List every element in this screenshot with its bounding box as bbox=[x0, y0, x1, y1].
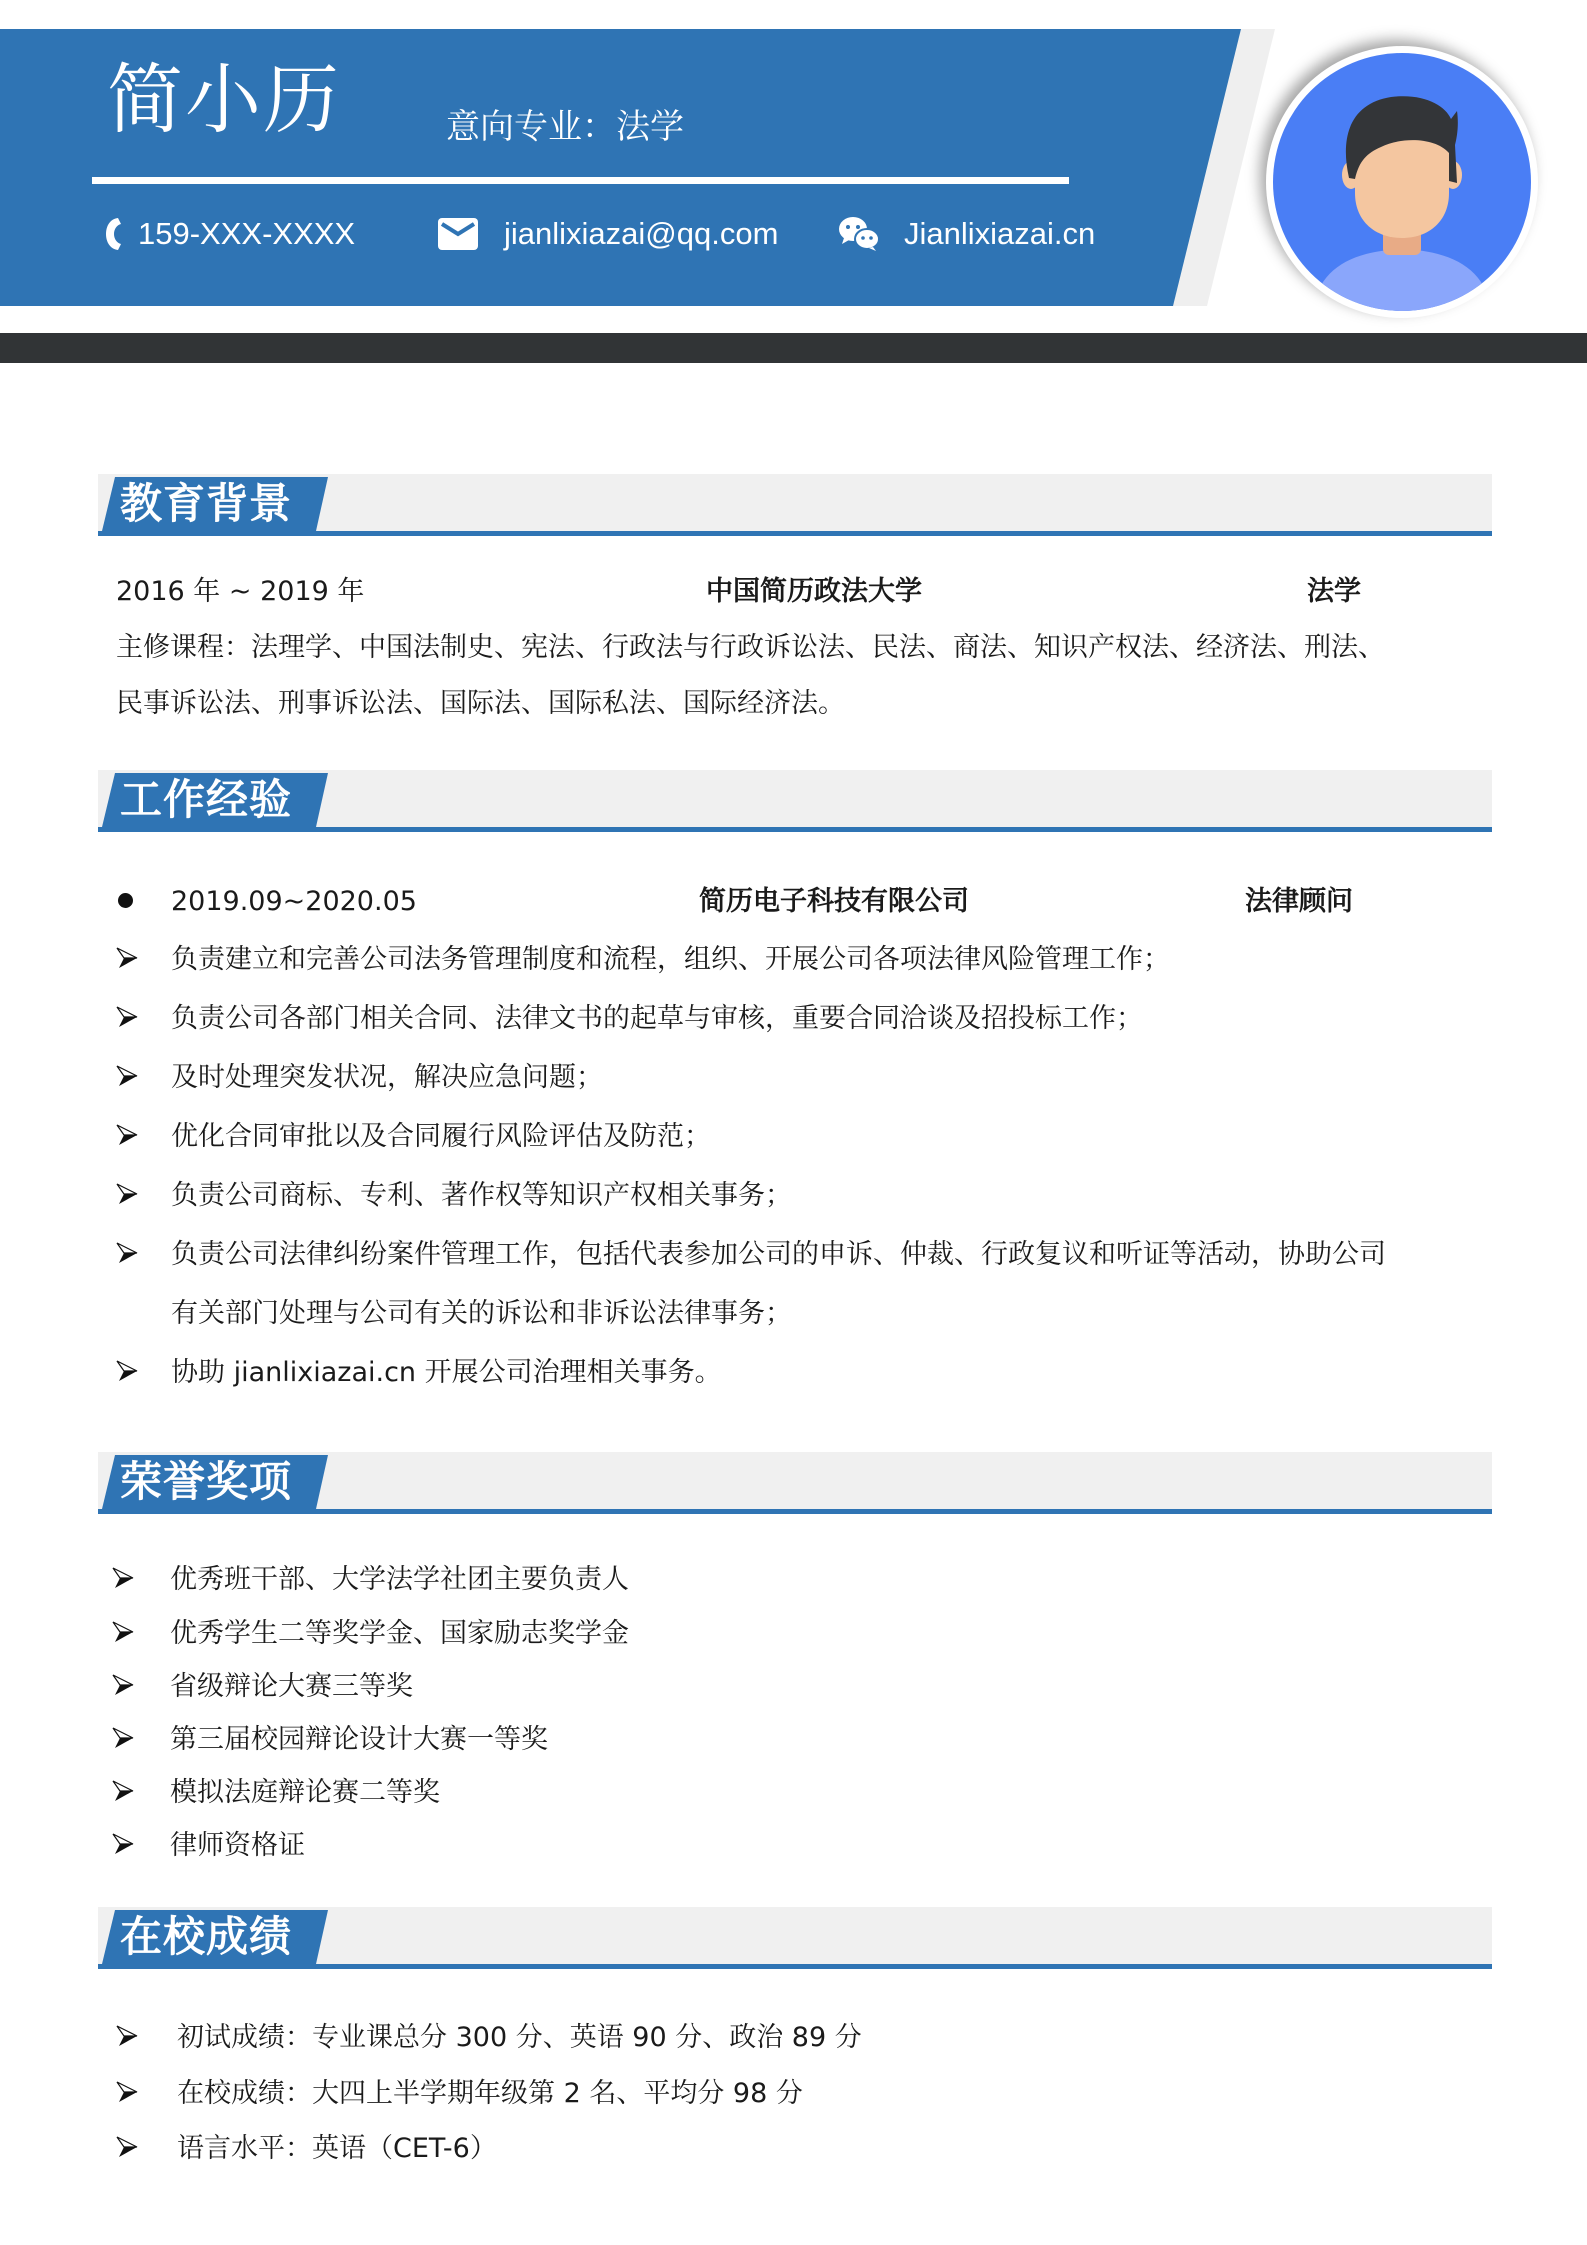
work-period: 2019.09~2020.05 bbox=[171, 888, 417, 915]
arrow-bullet-icon bbox=[112, 1727, 134, 1749]
section-rule bbox=[98, 827, 1492, 832]
website-url[interactable]: Jianlixiazai.cn bbox=[904, 216, 1095, 252]
work-item: 优化合同审批以及合同履行风险评估及防范； bbox=[171, 1123, 711, 1150]
section-title-tag: 工作经验 bbox=[102, 773, 328, 827]
work-item: 及时处理突发状况，解决应急问题； bbox=[171, 1064, 603, 1091]
section-title-tag: 教育背景 bbox=[102, 477, 328, 531]
grade-item: 初试成绩：专业课总分 300 分、英语 90 分、政治 89 分 bbox=[177, 2024, 862, 2051]
education-courses-line-2: 民事诉讼法、刑事诉讼法、国际法、国际私法、国际经济法。 bbox=[116, 690, 845, 717]
arrow-bullet-icon bbox=[112, 1833, 134, 1855]
arrow-bullet-icon bbox=[112, 1780, 134, 1802]
contact-email: jianlixiazai@qq.com bbox=[438, 212, 778, 256]
arrow-bullet-icon bbox=[116, 1065, 138, 1087]
section-rule bbox=[98, 1509, 1492, 1514]
avatar-illustration bbox=[1273, 53, 1531, 311]
education-period: 2016 年 ~ 2019 年 bbox=[116, 578, 364, 605]
wechat-icon bbox=[838, 216, 880, 252]
arrow-bullet-icon bbox=[116, 1124, 138, 1146]
section-title-tag: 在校成绩 bbox=[102, 1910, 328, 1964]
header-dark-bar bbox=[0, 333, 1587, 363]
section-rule bbox=[98, 1964, 1492, 1969]
arrow-bullet-icon bbox=[116, 1242, 138, 1264]
work-item: 负责建立和完善公司法务管理制度和流程，组织、开展公司各项法律风险管理工作； bbox=[171, 946, 1170, 973]
work-item: 负责公司商标、专利、著作权等知识产权相关事务； bbox=[171, 1182, 792, 1209]
bullet-dot-icon bbox=[118, 893, 133, 908]
honor-item: 第三届校园辩论设计大赛一等奖 bbox=[170, 1726, 548, 1753]
grade-item: 在校成绩：大四上半学期年级第 2 名、平均分 98 分 bbox=[177, 2080, 803, 2107]
work-company: 简历电子科技有限公司 bbox=[699, 888, 969, 915]
arrow-bullet-icon bbox=[112, 1674, 134, 1696]
arrow-bullet-icon bbox=[116, 2025, 138, 2047]
candidate-name: 简小历 bbox=[107, 62, 341, 138]
person-icon bbox=[1273, 53, 1531, 311]
avatar bbox=[1266, 46, 1538, 318]
education-school: 中国简历政法大学 bbox=[706, 578, 922, 605]
arrow-bullet-icon bbox=[116, 1006, 138, 1028]
section-header-work: 工作经验 bbox=[98, 770, 1492, 832]
section-title: 荣誉奖项 bbox=[120, 1459, 292, 1505]
header-divider bbox=[92, 177, 1069, 184]
section-title: 工作经验 bbox=[120, 777, 292, 823]
arrow-bullet-icon bbox=[112, 1621, 134, 1643]
education-major: 法学 bbox=[1307, 578, 1361, 605]
work-position: 法律顾问 bbox=[1245, 888, 1353, 915]
section-header-grades: 在校成绩 bbox=[98, 1907, 1492, 1969]
work-item: 负责公司各部门相关合同、法律文书的起草与审核，重要合同洽谈及招投标工作； bbox=[171, 1005, 1143, 1032]
intended-major: 意向专业：法学 bbox=[446, 110, 684, 144]
section-header-education: 教育背景 bbox=[98, 474, 1492, 536]
education-courses-line-1: 主修课程：法理学、中国法制史、宪法、行政法与行政诉讼法、民法、商法、知识产权法、… bbox=[116, 634, 1385, 661]
phone-icon bbox=[104, 217, 124, 251]
arrow-bullet-icon bbox=[116, 1360, 138, 1382]
work-item-continuation: 有关部门处理与公司有关的诉讼和非诉讼法律事务； bbox=[171, 1300, 792, 1327]
honor-item: 律师资格证 bbox=[170, 1832, 305, 1859]
section-title: 在校成绩 bbox=[120, 1914, 292, 1960]
arrow-bullet-icon bbox=[116, 1183, 138, 1205]
arrow-bullet-icon bbox=[116, 2081, 138, 2103]
contact-website: Jianlixiazai.cn bbox=[838, 212, 1095, 256]
section-title-tag: 荣誉奖项 bbox=[102, 1455, 328, 1509]
honor-item: 优秀学生二等奖学金、国家励志奖学金 bbox=[170, 1620, 629, 1647]
contact-phone: 159-XXX-XXXX bbox=[104, 212, 355, 256]
work-item: 协助 jianlixiazai.cn 开展公司治理相关事务。 bbox=[171, 1359, 722, 1386]
arrow-bullet-icon bbox=[112, 1567, 134, 1589]
arrow-bullet-icon bbox=[116, 2136, 138, 2158]
work-item: 负责公司法律纠纷案件管理工作，包括代表参加公司的申诉、仲裁、行政复议和听证等活动… bbox=[171, 1241, 1386, 1268]
section-header-honors: 荣誉奖项 bbox=[98, 1452, 1492, 1514]
honor-item: 模拟法庭辩论赛二等奖 bbox=[170, 1779, 440, 1806]
section-rule bbox=[98, 531, 1492, 536]
arrow-bullet-icon bbox=[116, 947, 138, 969]
honor-item: 优秀班干部、大学法学社团主要负责人 bbox=[170, 1566, 629, 1593]
envelope-icon bbox=[438, 218, 478, 250]
grade-item: 语言水平：英语（CET-6） bbox=[177, 2135, 497, 2162]
email-address[interactable]: jianlixiazai@qq.com bbox=[504, 216, 778, 252]
honor-item: 省级辩论大赛三等奖 bbox=[170, 1673, 413, 1700]
phone-number: 159-XXX-XXXX bbox=[138, 216, 355, 252]
section-title: 教育背景 bbox=[120, 481, 292, 527]
